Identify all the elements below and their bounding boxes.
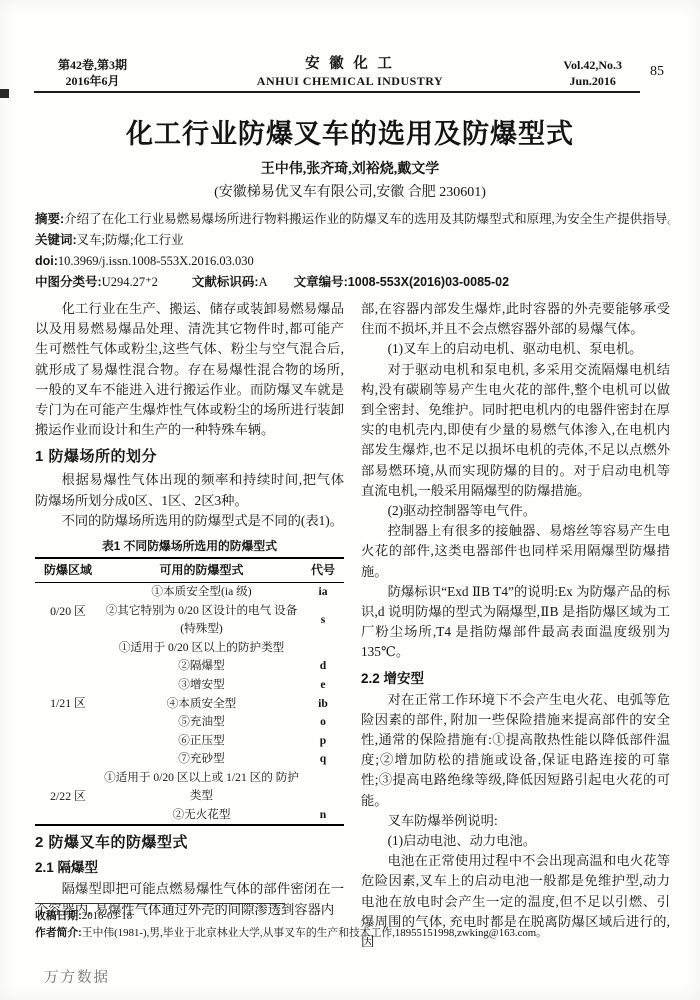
- received-label: 收稿日期:: [35, 910, 82, 922]
- code-cell: q: [302, 750, 344, 769]
- table-row: 0/20 区 ①本质安全型(ia 级) ia: [35, 583, 344, 602]
- received-date-line: 收稿日期:2016-03-18: [35, 908, 655, 925]
- code-cell: d: [302, 657, 344, 676]
- col-header-zone: 防爆区域: [35, 558, 101, 583]
- col-header-type: 可用的防爆型式: [101, 558, 302, 583]
- scan-artifact-mark: [0, 89, 9, 98]
- paragraph-example-intro: 叉车防爆举例说明:: [361, 811, 670, 831]
- paragraph-controller-item: (2)驱动控制器等电气件。: [361, 501, 670, 521]
- article-meta-block: 摘要:介绍了在化工行业易燃易爆场所进行物料搬运作业的防爆叉车的选用及其防爆型式和…: [35, 209, 670, 293]
- date-en: Jun.2016: [563, 73, 622, 89]
- type-cell: ②其它特别为 0/20 区设计的电气 设备(特殊型): [101, 602, 302, 639]
- footnote-block: 收稿日期:2016-03-18 作者简介:王中伟(1981-),男,毕业于北京林…: [35, 903, 655, 942]
- keywords-label: 关键词:: [35, 233, 77, 247]
- type-cell: ⑥正压型: [101, 732, 302, 751]
- abstract-row: 摘要:介绍了在化工行业易燃易爆场所进行物料搬运作业的防爆叉车的选用及其防爆型式和…: [35, 209, 670, 230]
- doc-code-value: A: [259, 275, 268, 289]
- doc-code-label: 文献标识码:: [192, 275, 259, 289]
- wanfang-watermark: 万方数据: [44, 966, 110, 987]
- paragraph-zones: 根据易爆性气体出现的频率和持续时间,把气体防爆场所划分成0区、1区、2区3种。: [35, 470, 344, 510]
- type-cell: ①适用于 0/20 区以上的防护类型: [101, 639, 302, 658]
- code-cell: p: [302, 732, 344, 751]
- code-cell: n: [302, 806, 344, 826]
- code-cell: ia: [302, 583, 344, 602]
- bio-label: 作者简介:: [35, 927, 82, 939]
- doi-row: doi:10.3969/j.issn.1008-553X.2016.03.030: [35, 251, 670, 272]
- doi-label: doi:: [35, 254, 58, 268]
- clc-value: U294.27⁺2: [102, 275, 158, 289]
- section-2-heading: 2 防爆叉车的防爆型式: [35, 831, 344, 852]
- doi-text: 10.3969/j.issn.1008-553X.2016.03.030: [58, 254, 254, 268]
- header-volume-info: Vol.42,No.3 Jun.2016: [563, 57, 622, 89]
- table-row: 1/21 区 ①适用于 0/20 区以上的防护类型: [35, 639, 344, 658]
- volume-en: Vol.42,No.3: [563, 57, 622, 73]
- paragraph-intro: 化工行业在生产、搬运、储存或装卸易燃易爆品以及用易燃易爆品处理、清洗其它物件时,…: [35, 299, 344, 440]
- authors-line: 王中伟,张齐琦,刘裕烧,戴文学: [0, 158, 700, 178]
- table-1: 防爆区域 可用的防爆型式 代号 0/20 区 ①本质安全型(ia 级) ia ②…: [35, 557, 344, 826]
- code-cell: e: [302, 676, 344, 695]
- clc-label: 中图分类号:: [35, 275, 102, 289]
- zone-cell: 1/21 区: [35, 639, 101, 769]
- section-2-1-heading: 2.1 隔爆型: [35, 856, 344, 876]
- article-id-value: 1008-553X(2016)03-0085-02: [348, 275, 509, 289]
- footnote-rule: [35, 903, 285, 904]
- code-cell: s: [302, 602, 344, 639]
- header-rule: [34, 91, 640, 93]
- code-cell: ib: [302, 695, 344, 714]
- paragraph-marking-explain: 防爆标识“Exd ⅡB T4”的说明:Ex 为防爆产品的标识,d 说明防爆的型式…: [361, 582, 670, 663]
- paragraph-table-ref: 不同的防爆场所选用的防爆型式是不同的(表1)。: [35, 511, 344, 531]
- type-cell: ③增安型: [101, 676, 302, 695]
- abstract-label: 摘要:: [35, 212, 64, 226]
- section-2-2-heading: 2.2 增安型: [361, 667, 670, 687]
- zone-cell: 2/22 区: [35, 769, 101, 826]
- keywords-row: 关键词:叉车;防爆;化工行业: [35, 230, 670, 251]
- zone-cell: 0/20 区: [35, 583, 101, 639]
- type-cell: ⑦充砂型: [101, 750, 302, 769]
- received-value: 2016-03-18: [82, 910, 132, 922]
- type-cell: ⑤充油型: [101, 713, 302, 732]
- table-header-row: 防爆区域 可用的防爆型式 代号: [35, 558, 344, 583]
- code-cell: o: [302, 713, 344, 732]
- paragraph-increased-safety: 对在正常工作环境下不会产生电火花、电弧等危险因素的部件, 附加一些保险措施来提高…: [361, 690, 670, 811]
- table-1-caption: 表1 不同防爆场所选用的防爆型式: [35, 537, 344, 554]
- author-bio-line: 作者简介:王中伟(1981-),男,毕业于北京林业大学,从事叉车的生产和技术工作…: [35, 925, 655, 942]
- right-column: 部,在容器内部发生爆炸,此时容器的外壳要能够承受住而不损坏,并且不会点燃容器外部…: [361, 299, 670, 952]
- col-header-code: 代号: [302, 558, 344, 583]
- section-1-heading: 1 防爆场所的划分: [35, 445, 344, 466]
- classification-row: 中图分类号:U294.27⁺2文献标识码:A文章编号:1008-553X(201…: [35, 272, 670, 293]
- left-column: 化工行业在生产、搬运、储存或装卸易燃易爆品以及用易燃易爆品处理、清洗其它物件时,…: [35, 299, 344, 952]
- type-cell: ④本质安全型: [101, 695, 302, 714]
- code-cell: [302, 639, 344, 658]
- keywords-text: 叉车;防爆;化工行业: [77, 233, 184, 247]
- type-cell: ②隔爆型: [101, 657, 302, 676]
- paragraph-motors-item: (1)叉车上的启动电机、驱动电机、泵电机。: [361, 339, 670, 359]
- type-cell: ②无火花型: [101, 806, 302, 826]
- code-cell: [302, 769, 344, 806]
- page-number: 85: [650, 64, 664, 80]
- journal-page: 第42卷,第3期 2016年6月 安 徽 化 工 ANHUI CHEMICAL …: [0, 0, 700, 1000]
- article-id-label: 文章编号:: [294, 275, 348, 289]
- table-row: 2/22 区 ①适用于 0/20 区以上或 1/21 区的 防护类型: [35, 769, 344, 806]
- type-cell: ①本质安全型(ia 级): [101, 583, 302, 602]
- article-title: 化工行业防爆叉车的选用及防爆型式: [0, 112, 700, 151]
- paragraph-continuation: 部,在容器内部发生爆炸,此时容器的外壳要能够承受住而不损坏,并且不会点燃容器外部…: [361, 299, 670, 339]
- paragraph-motors-detail: 对于驱动电机和泵电机, 多采用交流隔爆电机结构,没有碳刷等易产生电火花的部件,整…: [361, 360, 670, 501]
- type-cell: ①适用于 0/20 区以上或 1/21 区的 防护类型: [101, 769, 302, 806]
- abstract-text: 介绍了在化工行业易燃易爆场所进行物料搬运作业的防爆叉车的选用及其防爆型式和原理,…: [64, 212, 670, 226]
- bio-text: 王中伟(1981-),男,毕业于北京林业大学,从事叉车的生产和技术工作,1895…: [82, 927, 547, 939]
- paragraph-battery-item: (1)启动电池、动力电池。: [361, 831, 670, 851]
- affiliation-line: (安徽梯易优叉车有限公司,安徽 合肥 230601): [0, 181, 700, 201]
- body-columns: 化工行业在生产、搬运、储存或装卸易燃易爆品以及用易燃易爆品处理、清洗其它物件时,…: [35, 299, 670, 952]
- paragraph-controller-detail: 控制器上有很多的接触器、易熔丝等容易产生电火花的部件,这类电器部件也同样采用隔爆…: [361, 521, 670, 582]
